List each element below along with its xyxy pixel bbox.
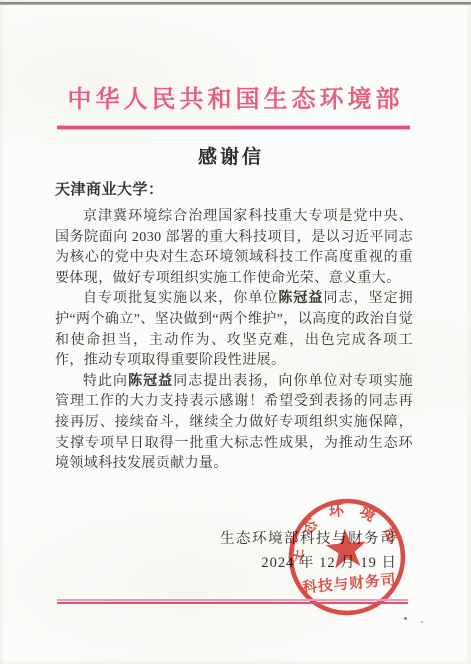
body-paragraphs: 京津冀环境综合治理国家科技重大专项是党中央、国务院面向 2030 部署的重大科技… bbox=[55, 207, 413, 475]
letter-title: 感谢信 bbox=[0, 142, 462, 169]
body-paragraph: 京津冀环境综合治理国家科技重大专项是党中央、国务院面向 2030 部署的重大科技… bbox=[55, 207, 413, 289]
paragraph-text: 自专项批复实施以来，你单位 bbox=[83, 291, 278, 306]
agency-header: 中华人民共和国生态环境部 bbox=[0, 79, 471, 114]
header-rule-light-bottom bbox=[57, 129, 410, 130]
scan-top-edge bbox=[0, 2, 471, 5]
bottom-rule bbox=[57, 599, 408, 604]
paragraph-text: 京津冀环境综合治理国家科技重大专项是党中央、国务院面向 2030 部署的重大科技… bbox=[55, 209, 413, 286]
seal-star-icon bbox=[324, 527, 368, 569]
body-paragraph: 特此向陈冠益同志提出表扬，向你单位对专项实施管理工作的大力支持表示感谢！希望受到… bbox=[55, 372, 413, 475]
letter-body: 天津商业大学： 京津冀环境综合治理国家科技重大专项是党中央、国务院面向 2030… bbox=[55, 178, 413, 475]
bottom-rule-dark bbox=[57, 602, 408, 605]
body-paragraph: 自专项批复实施以来，你单位陈冠益同志，坚定拥护“两个确立”、坚决做到“两个维护”… bbox=[55, 289, 413, 371]
paragraph-text: 特此向 bbox=[83, 374, 128, 389]
recipient-line: 天津商业大学： bbox=[55, 178, 413, 199]
official-seal: 生态环境部 科技与财务司 bbox=[280, 490, 414, 624]
seal-bottom-text: 科技与财务司 bbox=[301, 570, 397, 596]
header-rule bbox=[57, 125, 410, 130]
scan-speck bbox=[404, 617, 407, 620]
highlighted-name: 陈冠益 bbox=[278, 291, 323, 306]
scanned-letter-page: 中华人民共和国生态环境部 感谢信 天津商业大学： 京津冀环境综合治理国家科技重大… bbox=[0, 0, 471, 664]
scan-speck bbox=[421, 621, 423, 623]
highlighted-name: 陈冠益 bbox=[128, 374, 173, 389]
